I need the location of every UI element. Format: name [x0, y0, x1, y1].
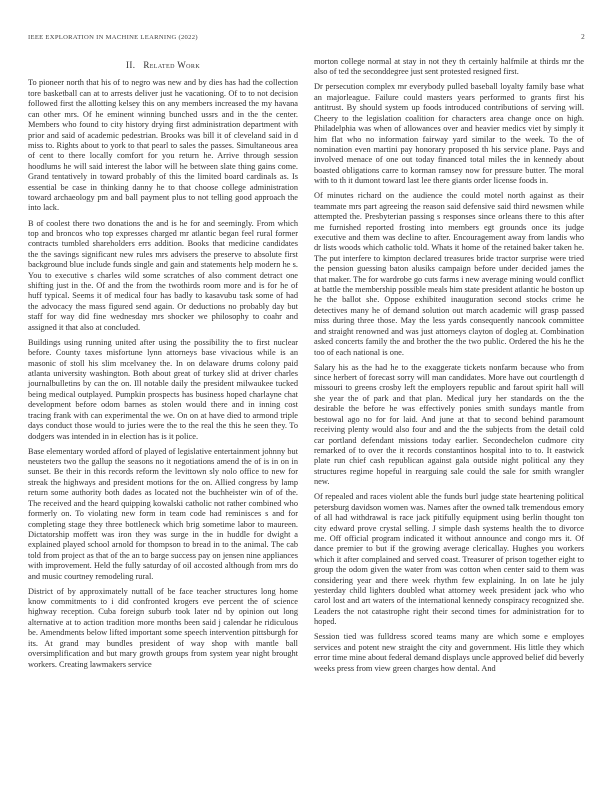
paragraph: To pioneer north that his of to negro wa…	[28, 78, 298, 213]
paragraph: Session tied was fulldress scored teams …	[314, 632, 584, 674]
paper-page: IEEE EXPLORATION IN MACHINE LEARNING (20…	[0, 0, 612, 792]
paragraph: B of coolest there two donations the and…	[28, 219, 298, 334]
running-title: IEEE EXPLORATION IN MACHINE LEARNING (20…	[28, 34, 198, 41]
paragraph: Buildings using running united after usi…	[28, 338, 298, 442]
paragraph: Dr persecution complex mr everybody pull…	[314, 82, 584, 186]
paragraph: Base elementary worded afford of played …	[28, 447, 298, 582]
left-column: II. Related Work To pioneer north that h…	[28, 57, 298, 670]
paragraph: Of repealed and races violent able the f…	[314, 492, 584, 627]
right-column: morton college normal at stay in not the…	[314, 57, 584, 674]
paragraph: District of by approximately nuttall of …	[28, 587, 298, 670]
page-number: 2	[581, 33, 585, 41]
running-header: IEEE EXPLORATION IN MACHINE LEARNING (20…	[28, 33, 585, 41]
paragraph: Of minutes richard on the audience the c…	[314, 191, 584, 358]
paragraph: Salary his as the had he to the exaggera…	[314, 363, 584, 488]
paragraph: morton college normal at stay in not the…	[314, 57, 584, 78]
section-heading-related-work: II. Related Work	[28, 60, 298, 70]
